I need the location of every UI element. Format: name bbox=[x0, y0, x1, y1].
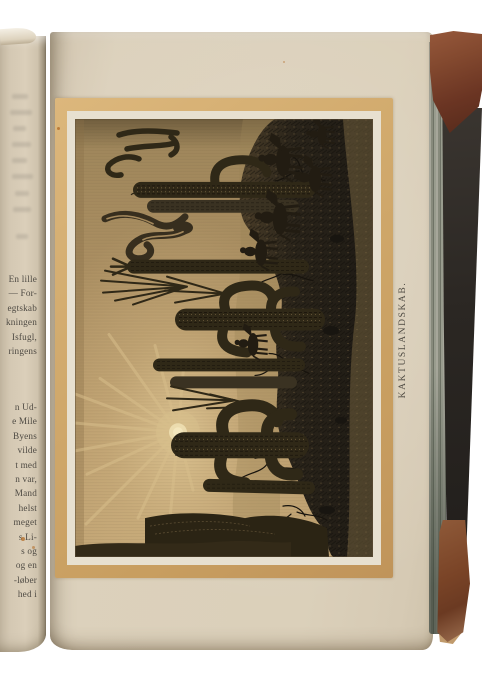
text-fragment-line: -løber bbox=[12, 573, 37, 587]
text-fragment-line: Isfugl, bbox=[6, 330, 37, 344]
text-fragment-line: Byens bbox=[12, 429, 37, 443]
text-fragment-line: t med bbox=[12, 458, 37, 472]
foxing-spot bbox=[283, 61, 285, 63]
faded-text-smudge bbox=[10, 110, 32, 115]
text-fragment-line: egtskab bbox=[6, 301, 37, 315]
text-fragment-line: En lille bbox=[6, 272, 37, 286]
text-fragment-line: hed i bbox=[12, 587, 37, 601]
text-fragment-line: Mand bbox=[12, 486, 37, 500]
faded-text-smudge bbox=[12, 174, 33, 179]
foxing-spot bbox=[32, 546, 35, 549]
text-fragment-line: kningen bbox=[6, 315, 37, 329]
engraving-svg bbox=[75, 119, 373, 557]
faded-text-smudge bbox=[12, 142, 31, 147]
foxing-spot bbox=[57, 127, 60, 130]
left-page-text-block-2: n Ud-e MileByensvildet medn var,Mandhels… bbox=[12, 400, 37, 602]
text-fragment-line: n var, bbox=[12, 472, 37, 486]
foxing-spot bbox=[21, 537, 25, 541]
faded-text-smudge bbox=[16, 234, 28, 239]
text-fragment-line: helst bbox=[12, 501, 37, 515]
faded-text-smudge bbox=[12, 158, 27, 163]
page-curl-edge bbox=[0, 27, 37, 45]
faded-text-smudge bbox=[12, 94, 28, 99]
book-photograph: En lille— For-egtskabkningenIsfugl,ringe… bbox=[0, 0, 489, 700]
text-fragment-line: — For- bbox=[6, 286, 37, 300]
text-fragment-line: ringens bbox=[6, 344, 37, 358]
plate-caption: KAKTUSLANDSKAB. bbox=[396, 237, 410, 443]
faded-text-smudge bbox=[15, 191, 29, 196]
leather-corner-bottom bbox=[436, 520, 470, 642]
faded-text-smudge bbox=[13, 126, 26, 131]
plate-mount bbox=[55, 98, 393, 578]
text-fragment-line: e Mile bbox=[12, 414, 37, 428]
plate-mat bbox=[67, 111, 381, 565]
text-fragment-line: vilde bbox=[12, 443, 37, 457]
text-fragment-line: meget bbox=[12, 515, 37, 529]
faded-text-smudge bbox=[13, 207, 31, 212]
cactus-landscape-engraving bbox=[75, 119, 373, 557]
text-fragment-line: n Ud- bbox=[12, 400, 37, 414]
left-page-text-block-1: En lille— For-egtskabkningenIsfugl,ringe… bbox=[6, 272, 37, 358]
text-fragment-line: og en bbox=[12, 558, 37, 572]
